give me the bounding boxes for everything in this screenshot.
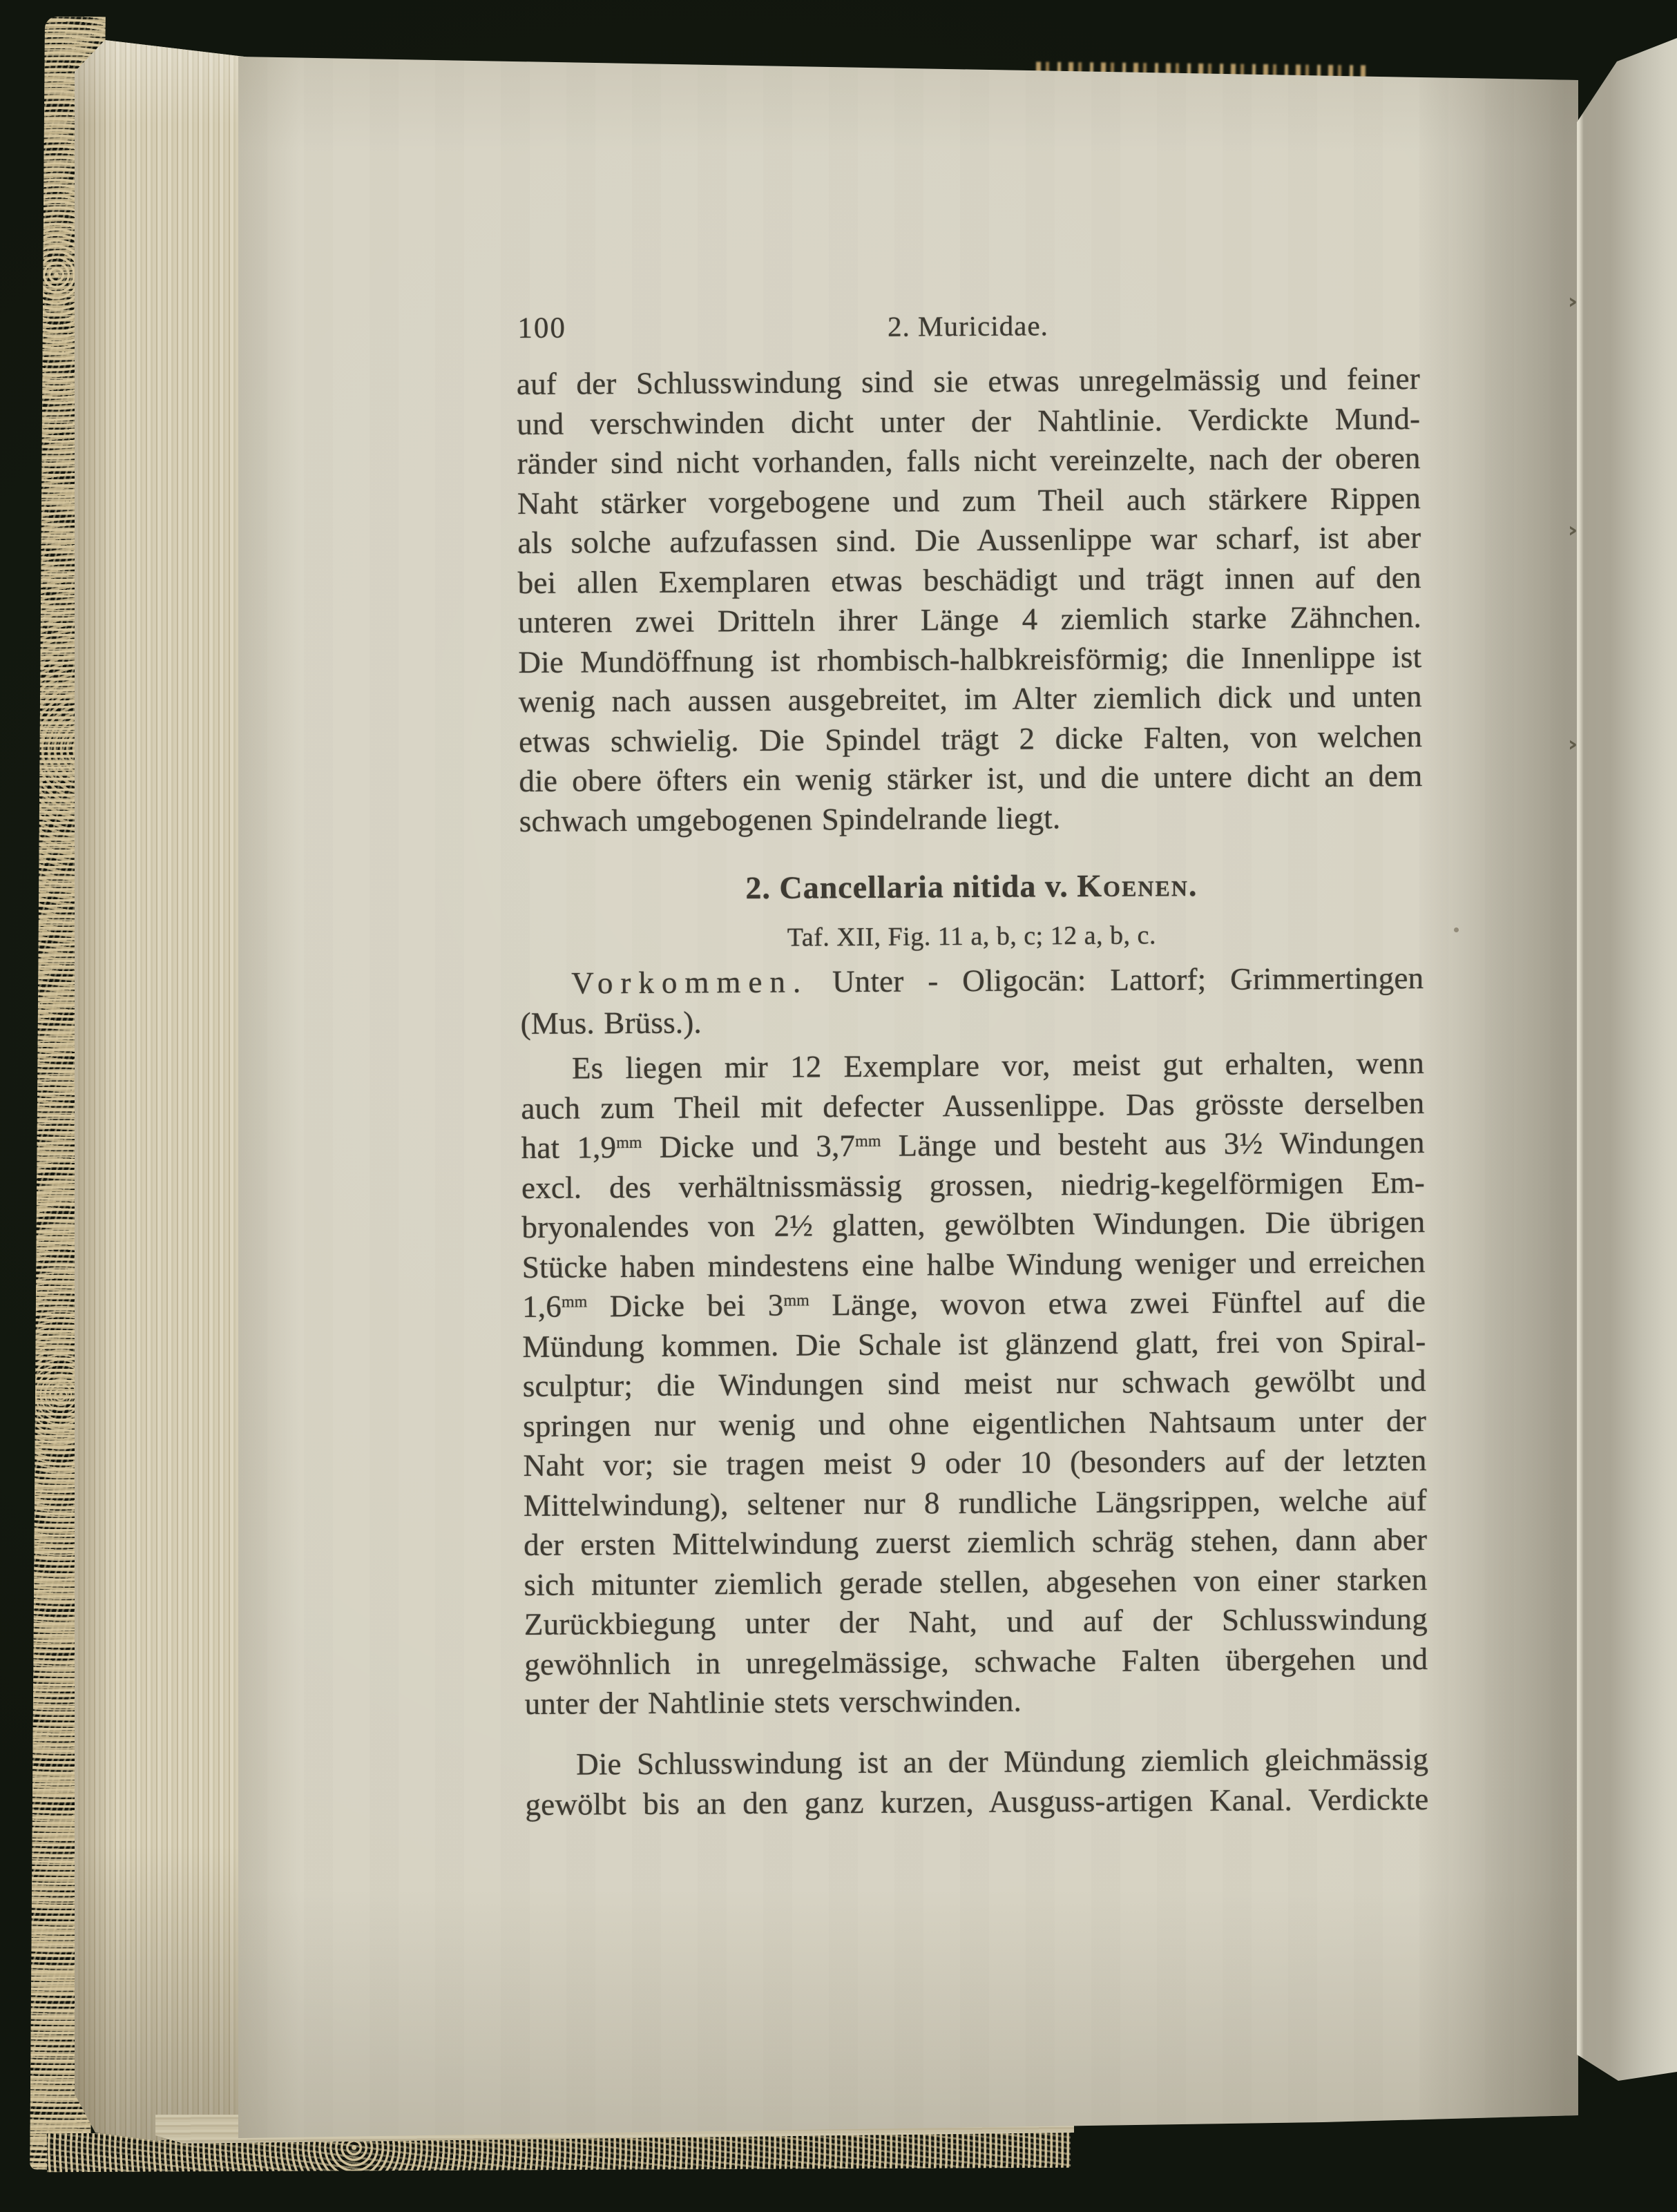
running-title: 2. Muricidae.: [516, 307, 1419, 345]
book-scan: 100 2. Muricidae. auf der Schlusswindung…: [0, 0, 1677, 2212]
body: Es liegen mir 12 Exemplare vor, meist gu…: [521, 1044, 1428, 1724]
gutter-notch-icon: ›: [1562, 521, 1583, 541]
page-header: 100 2. Muricidae.: [516, 307, 1419, 347]
text-line: gewölbt bis an den ganz kurzen, Ausguss-…: [525, 1779, 1428, 1824]
text-line: ränder sind nicht vorhanden, falls nicht…: [517, 439, 1420, 483]
text-line: schwach umgebogenen Spindelrande liegt.: [519, 796, 1423, 841]
occurrence-text: Unter - Oligocän: Lattorf; Grimmertingen: [832, 961, 1424, 999]
text-line: unteren zwei Dritteln ihrer Länge 4 ziem…: [518, 597, 1421, 642]
text-line: springen nur wenig und ohne eigentlichen…: [523, 1401, 1426, 1445]
text-line: Zurückbiegung unter der Naht, und auf de…: [524, 1599, 1428, 1644]
species-author: Koenen: [1077, 867, 1189, 903]
text-line: (Mus. Brüss.).: [520, 999, 1424, 1044]
body: auf der Schlusswindung sind sie etwas un…: [517, 359, 1423, 841]
text-line: unter der Nahtlinie stets verschwinden.: [524, 1679, 1428, 1724]
page-stack-fore-edge: [75, 29, 256, 2141]
text-line: 1,6mm Dicke bei 3mm Länge, wovon etwa zw…: [522, 1282, 1426, 1327]
gutter-notch-icon: ›: [1562, 292, 1583, 312]
text-line: bei allen Exemplaren etwas beschädigt un…: [518, 558, 1421, 603]
species-heading-lead: 2. Cancellaria nitida v.: [745, 868, 1077, 905]
occurrence-label: Vorkommen.: [571, 964, 808, 1000]
occurrence: Vorkommen. Unter - Oligocän: Lattorf; Gr…: [520, 959, 1424, 1044]
species-heading: 2. Cancellaria nitida v. Koenen.: [519, 865, 1423, 909]
text-line: Die Mundöffnung ist rhombisch-halbkreisf…: [518, 637, 1421, 682]
text-line: gewöhnlich in unregelmässige, schwache F…: [524, 1639, 1428, 1684]
text-line: der ersten Mittelwindung zuerst ziemlich…: [524, 1520, 1427, 1565]
facing-page-gutter: [1577, 38, 1677, 2124]
gutter-notch-icon: ›: [1562, 735, 1583, 755]
text-line: etwas schwielig. Die Spindel trägt 2 dic…: [519, 717, 1422, 762]
text-line: hat 1,9mm Dicke und 3,7mm Länge und best…: [521, 1123, 1425, 1168]
paper-speck: [1454, 927, 1459, 932]
text-line: Die Schlusswindung ist an der Mündung zi…: [525, 1740, 1428, 1785]
page-text: 100 2. Muricidae. auf der Schlusswindung…: [515, 0, 1432, 2212]
text-line: Mündung kommen. Die Schale ist glänzend …: [522, 1321, 1426, 1366]
text-line: auf der Schlusswindung sind sie etwas un…: [517, 359, 1420, 404]
text-line: excl. des verhältnissmässig grossen, nie…: [521, 1162, 1425, 1207]
text-line: bryonalendes von 2½ glatten, gewölbten W…: [521, 1202, 1425, 1247]
text-line: die obere öfters ein wenig stärker ist, …: [519, 756, 1422, 801]
text-line: als solche aufzufassen sind. Die Aussenl…: [517, 518, 1421, 563]
text-line: sculptur; die Windungen sind meist nur s…: [523, 1361, 1426, 1406]
species-heading-suffix: .: [1189, 867, 1198, 903]
text-line: sich mitunter ziemlich gerade stellen, a…: [524, 1559, 1427, 1604]
text-line: Naht stärker vorgebogene und zum Theil a…: [517, 479, 1421, 523]
text-line: und verschwinden dicht unter der Nahtlin…: [517, 399, 1420, 444]
text-line: Mittelwindung), seltener nur 8 rundliche…: [524, 1480, 1427, 1525]
text-line: Es liegen mir 12 Exemplare vor, meist gu…: [521, 1044, 1424, 1088]
text-line: wenig nach aussen ausgebreitet, im Alter…: [519, 677, 1422, 722]
text-line: Stücke haben mindestens eine halbe Windu…: [522, 1242, 1426, 1287]
figure-ref: Taf. XII, Fig. 11 a, b, c; 12 a, b, c.: [520, 917, 1424, 956]
body: Die Schlusswindung ist an der Mündung zi…: [525, 1740, 1429, 1825]
text-line: Naht vor; sie tragen meist 9 oder 10 (be…: [523, 1441, 1426, 1485]
paper-speck: [1402, 1492, 1406, 1495]
text-line: auch zum Theil mit defecter Aussenlippe.…: [521, 1083, 1424, 1128]
text-line: Vorkommen. Unter - Oligocän: Lattorf; Gr…: [520, 959, 1424, 1003]
